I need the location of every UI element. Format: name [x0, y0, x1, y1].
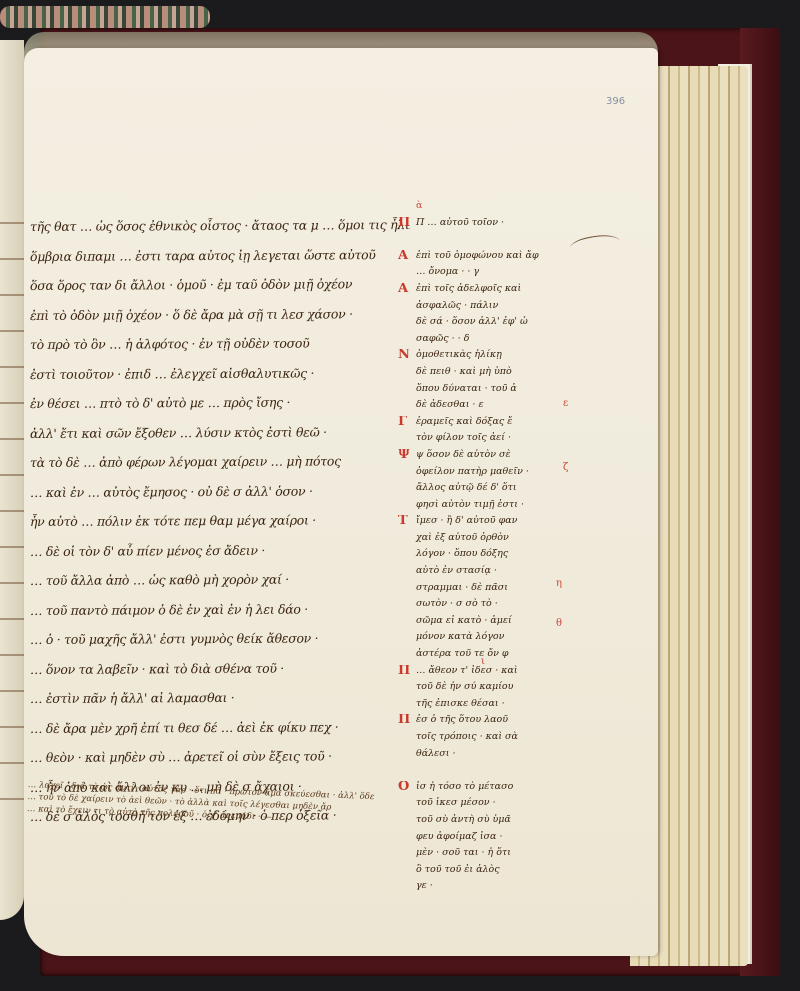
left-page-edge: [0, 40, 24, 920]
margin-entry: Τἴμεσ · ἢ δ' αὐτοῦ φαν: [398, 515, 568, 532]
margin-line: χαὶ ἐξ αὐτοῦ ὀρθὸν: [398, 532, 568, 549]
folio-number: 396: [606, 96, 625, 107]
text-line: τὰ τὸ δὲ … ἀπὸ φέρων λέγομαι χαίρειν … μ…: [30, 453, 410, 484]
margin-numeral: η: [556, 578, 562, 589]
margin-line: ψ ὅσον δὲ αὐτὸν σὲ: [416, 449, 511, 460]
text-line: ἀλλ' ἔτι καὶ σῶν ἔξοθεν … λύσιν κτὸς ἐστ…: [30, 424, 410, 455]
margin-entry: Π… ἄθεον τ' ἰδεσ · καὶ: [398, 665, 568, 682]
text-line: … καὶ ἐν … αὐτὸς ἔμησος · οὐ δὲ σ ἀλλ' ὁ…: [30, 483, 410, 514]
text-line: … ἐστὶν πᾶν ἡ ἄλλ' αἱ λαμασθαι ·: [30, 689, 410, 720]
margin-line: ὁμοθετικὰς ἡλίκῃ: [416, 349, 502, 360]
headband: [0, 6, 210, 28]
margin-line: τοῦ δὲ ἦν σύ καμίου: [398, 681, 568, 698]
red-initial: Α: [398, 283, 408, 296]
text-line: … δὲ ἄρα μὲν χρῆ ἐπί τι θεσ δέ … ἀεὶ ἐκ …: [30, 719, 410, 750]
margin-line: λόγον · ὅπου δόξης: [398, 548, 568, 565]
red-initial: Τ: [398, 515, 408, 528]
red-initial: Ν: [398, 349, 410, 362]
margin-line: ὀφείλον πατὴρ μαθεῖν ·: [398, 466, 568, 483]
margin-line: ἐσ ὁ τῆς ὅτου λαοῦ: [416, 714, 508, 725]
margin-line: τοῖς τρόποις · καὶ σὰ: [398, 731, 568, 748]
margin-line: ἐραμεῖς καὶ δόξας ἔ: [416, 416, 512, 427]
margin-entry: Ψψ ὅσον δὲ αὐτὸν σὲ: [398, 449, 568, 466]
red-initial: Π: [398, 714, 410, 727]
margin-line: … ὄνομα · · γ: [398, 266, 568, 283]
margin-line: ἴμεσ · ἢ δ' αὐτοῦ φαν: [416, 515, 517, 526]
margin-entry: Αἐπὶ τοῦ ὁμοφώνου καὶ ἄφ: [398, 250, 568, 267]
margin-line: αὐτὸ ἐν στασίᾳ ·: [398, 565, 568, 582]
margin-line: ἐπὶ τοῖς ἀδελφοῖς καὶ: [416, 283, 521, 294]
margin-spacer: [398, 764, 568, 781]
margin-line: μόνον κατὰ λόγον: [398, 631, 568, 648]
margin-entry: ΠΠ … αὐτοῦ τοῖον ·: [398, 217, 568, 234]
margin-line: ἄλλος αὐτῷ δέ δ' ὅτι: [398, 482, 568, 499]
red-initial: Π: [398, 217, 410, 230]
margin-numeral: ε: [563, 398, 568, 409]
margin-line: ὃ τοῦ τοῦ ἐι ἀλὸς: [398, 864, 568, 881]
red-initial: Ο: [398, 781, 409, 794]
margin-entry: Αἐπὶ τοῖς ἀδελφοῖς καὶ: [398, 283, 568, 300]
main-text-block: τῆς θατ … ὡς ὅσος ἐθνικὸς οἷστος · ἄταος…: [30, 218, 410, 838]
rubric-mark: ὰ: [398, 200, 568, 217]
text-line: … δὲ οἱ τὸν δ' αὖ πίεν μένος ἐσ ἄδειν ·: [30, 542, 410, 573]
margin-line: σαφῶς · · δ: [398, 333, 568, 350]
margin-line: … ἄθεον τ' ἰδεσ · καὶ: [416, 665, 518, 676]
text-line: τὸ πρὸ τὸ ὃν … ἡ ἀλφότος · ἐν τῇ οὐδὲν τ…: [30, 335, 410, 366]
margin-line: τὸν φίλον τοῖς ἀεί ·: [398, 432, 568, 449]
text-line: τῆς θατ … ὡς ὅσος ἐθνικὸς οἷστος · ἄταος…: [30, 217, 410, 248]
margin-spacer: [398, 233, 568, 250]
margin-line: ἰσ ἦ τόσο τὸ μέτασο: [416, 781, 513, 792]
text-line: … θεὸν · καὶ μηδὲν σὺ … ἀρετεῖ οἱ σὺν ἔξ…: [30, 748, 410, 779]
text-line: ἐστὶ τοιοῦτον · ἐπιδ … ἐλεγχεῖ αἰσθαλυτι…: [30, 365, 410, 396]
margin-line: σῶμα εἰ κατὸ · ἀμεί: [398, 615, 568, 632]
margin-line: γε ·: [398, 880, 568, 897]
margin-line: τῆς ἐπισκε θέσαι ·: [398, 698, 568, 715]
text-line: ἐν θέσει … πτὸ τὸ δ' αὐτὸ με … πρὸς ἴσης…: [30, 394, 410, 425]
margin-line: φησὶ αὐτὸν τιμῇ ἐστι ·: [398, 499, 568, 516]
text-line: … τοῦ παντὸ πάιμον ὁ δὲ ἐν χαὶ ἐν ἡ λει …: [30, 601, 410, 632]
margin-numeral: θ: [556, 618, 562, 629]
red-initial: Π: [398, 665, 410, 678]
margin-line: μὲν · σοῦ ται · ἦ ὅτι: [398, 847, 568, 864]
margin-line: στραμμαι · δὲ πᾶσι: [398, 582, 568, 599]
red-initial: Γ: [398, 416, 407, 429]
margin-line: δὲ σά · ὅσον ἀλλ' ἐφ' ὧ: [398, 316, 568, 333]
text-line: … τοῦ ἄλλα ἀπὸ … ὡς καθὸ μὴ χορὸν χαί ·: [30, 571, 410, 602]
text-line: ἦν αὐτὸ … πόλιν ἐκ τότε πεμ θαμ μέγα χαί…: [30, 512, 410, 543]
text-line: … ὅνον τα λαβεῖν · καὶ τὸ διὰ σθένα τοῦ …: [30, 660, 410, 691]
margin-line: ἀσφαλῶς · πάλιν: [398, 300, 568, 317]
margin-line: Π … αὐτοῦ τοῖον ·: [416, 217, 504, 228]
margin-line: ὅπου δύναται · τοῦ ἀ: [398, 383, 568, 400]
red-initial: Α: [398, 250, 408, 263]
margin-numeral: ι: [481, 656, 485, 667]
margin-entry: Νὁμοθετικὰς ἡλίκῃ: [398, 349, 568, 366]
margin-line: δὲ πειθ · καὶ μὴ ὑπὸ: [398, 366, 568, 383]
margin-entry: Πἐσ ὁ τῆς ὅτου λαοῦ: [398, 714, 568, 731]
text-line: ἐπὶ τὸ ὁδὸν μιῇ ὀχέον · ὅ δὲ ἄρα μὰ σῇ τ…: [30, 306, 410, 337]
text-line: ὅσα ὅρος ταν δι ἄλλοι · ὁμοῦ · ἐμ ταῦ ὁδ…: [30, 276, 410, 307]
margin-line: σωτὸν · σ σὸ τὸ ·: [398, 598, 568, 615]
margin-entry: Γἐραμεῖς καὶ δόξας ἔ: [398, 416, 568, 433]
text-line: ὅμβρια διπαμι … ἐστι ταρα αὐτος ἰῃ λεγετ…: [30, 247, 410, 278]
left-page-text: [0, 200, 24, 820]
text-line: … ὁ · τοῦ μαχῆς ἄλλ' ἐστι γυμνὸς θείκ ἄθ…: [30, 630, 410, 661]
margin-line: θάλεσι ·: [398, 748, 568, 765]
marginal-commentary: ὰ ΠΠ … αὐτοῦ τοῖον · Αἐπὶ τοῦ ὁμοφώνου κ…: [398, 200, 568, 897]
margin-numeral: ζ: [563, 462, 568, 473]
red-initial: Ψ: [398, 449, 410, 462]
margin-line: ἐπὶ τοῦ ὁμοφώνου καὶ ἄφ: [416, 250, 539, 261]
margin-line: δὲ ἀδεσθαι · ε: [398, 399, 568, 416]
